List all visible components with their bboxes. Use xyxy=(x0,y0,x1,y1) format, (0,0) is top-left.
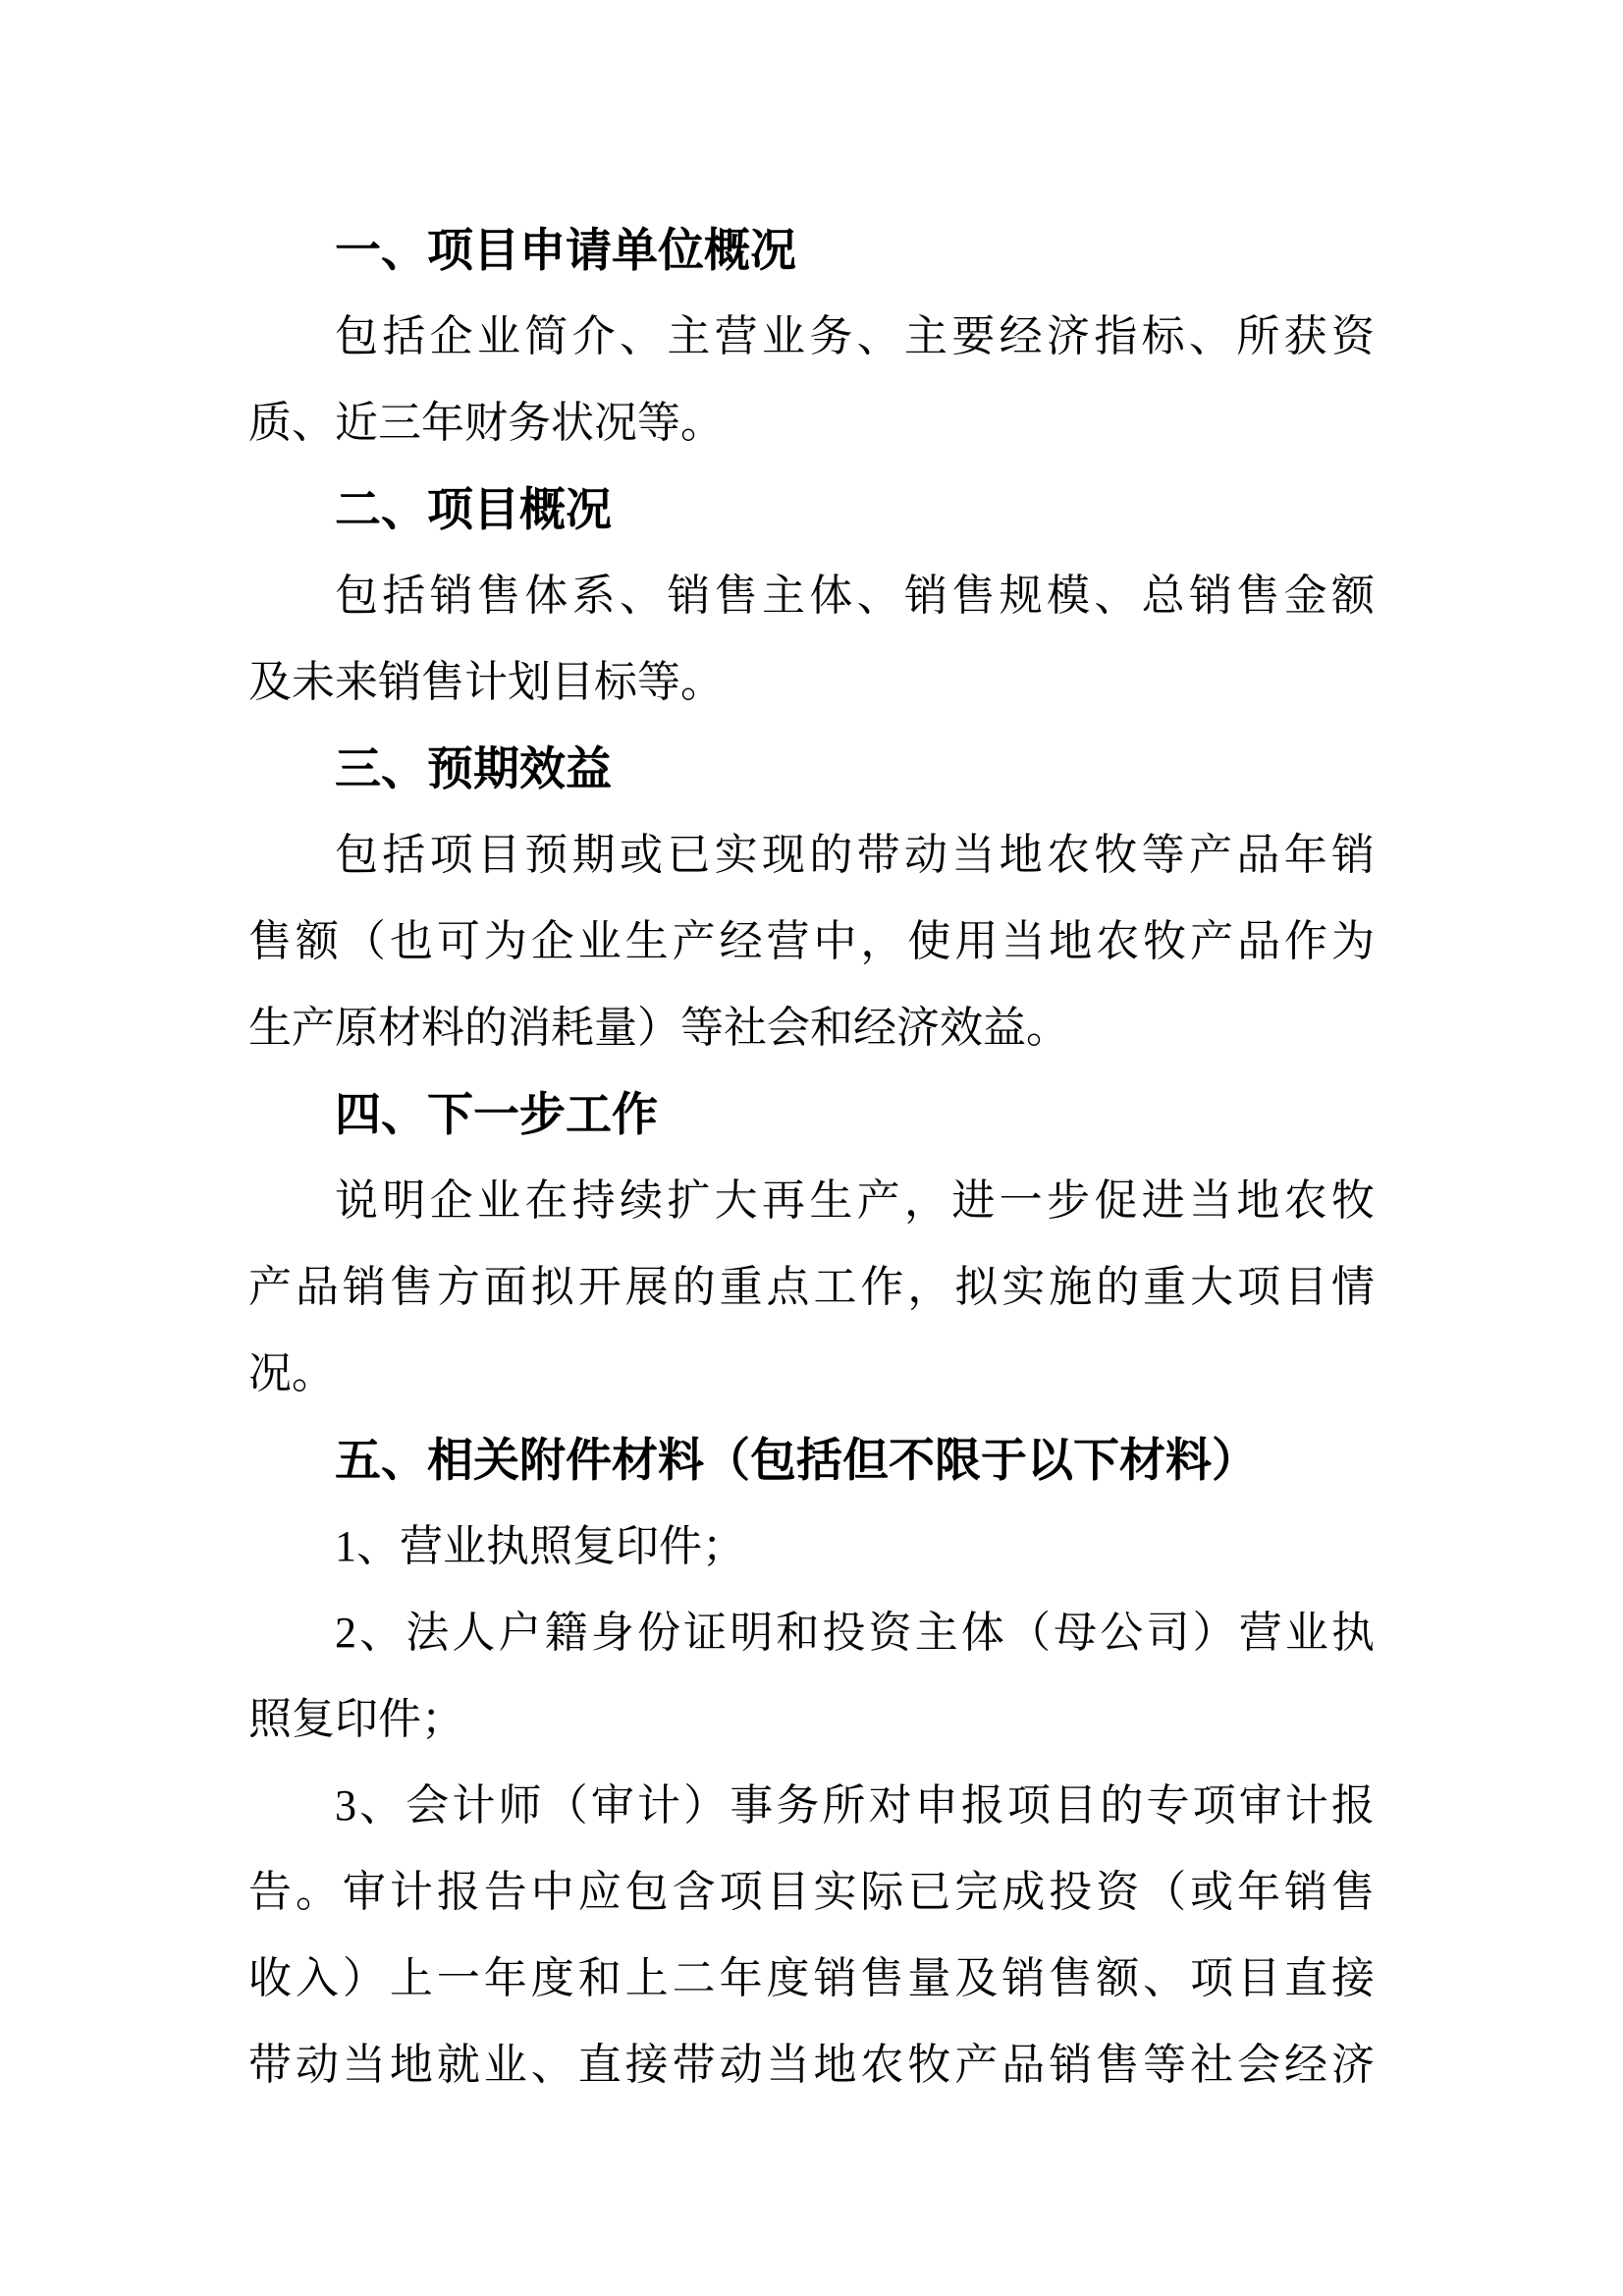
document-page: 一、项目申请单位概况包括企业简介、主营业务、主要经济指标、所获资质、近三年财务状… xyxy=(0,0,1623,2296)
body-line: 收入）上一年度和上二年度销售量及销售额、项目直接 xyxy=(248,1936,1375,2022)
body-line: 产品销售方面拟开展的重点工作，拟实施的重大项目情 xyxy=(248,1244,1375,1331)
body-line: 2、法人户籍身份证明和投资主体（母公司）营业执 xyxy=(248,1590,1375,1676)
body-line: 3、会计师（审计）事务所对申报项目的专项审计报 xyxy=(248,1763,1375,1849)
body-line: 及未来销售计划目标等。 xyxy=(248,639,1375,726)
body-line: 带动当地就业、直接带动当地农牧产品销售等社会经济 xyxy=(248,2022,1375,2108)
body-line: 说明企业在持续扩大再生产，进一步促进当地农牧 xyxy=(248,1158,1375,1244)
body-line: 售额（也可为企业生产经营中，使用当地农牧产品作为 xyxy=(248,899,1375,985)
body-line: 质、近三年财务状况等。 xyxy=(248,380,1375,466)
document-content: 一、项目申请单位概况包括企业简介、主营业务、主要经济指标、所获资质、近三年财务状… xyxy=(248,207,1375,2108)
body-line: 告。审计报告中应包含项目实际已完成投资（或年销售 xyxy=(248,1849,1375,1936)
heading-line: 四、下一步工作 xyxy=(248,1071,1375,1158)
body-line: 包括企业简介、主营业务、主要经济指标、所获资 xyxy=(248,294,1375,380)
heading-line: 二、项目概况 xyxy=(248,466,1375,553)
heading-line: 五、相关附件材料（包括但不限于以下材料） xyxy=(248,1417,1375,1503)
body-line: 照复印件； xyxy=(248,1676,1375,1763)
body-line: 1、营业执照复印件； xyxy=(248,1503,1375,1590)
heading-line: 三、预期效益 xyxy=(248,726,1375,812)
body-line: 包括销售体系、销售主体、销售规模、总销售金额 xyxy=(248,553,1375,639)
body-line: 生产原材料的消耗量）等社会和经济效益。 xyxy=(248,985,1375,1071)
body-line: 况。 xyxy=(248,1331,1375,1417)
heading-line: 一、项目申请单位概况 xyxy=(248,207,1375,294)
body-line: 包括项目预期或已实现的带动当地农牧等产品年销 xyxy=(248,812,1375,899)
